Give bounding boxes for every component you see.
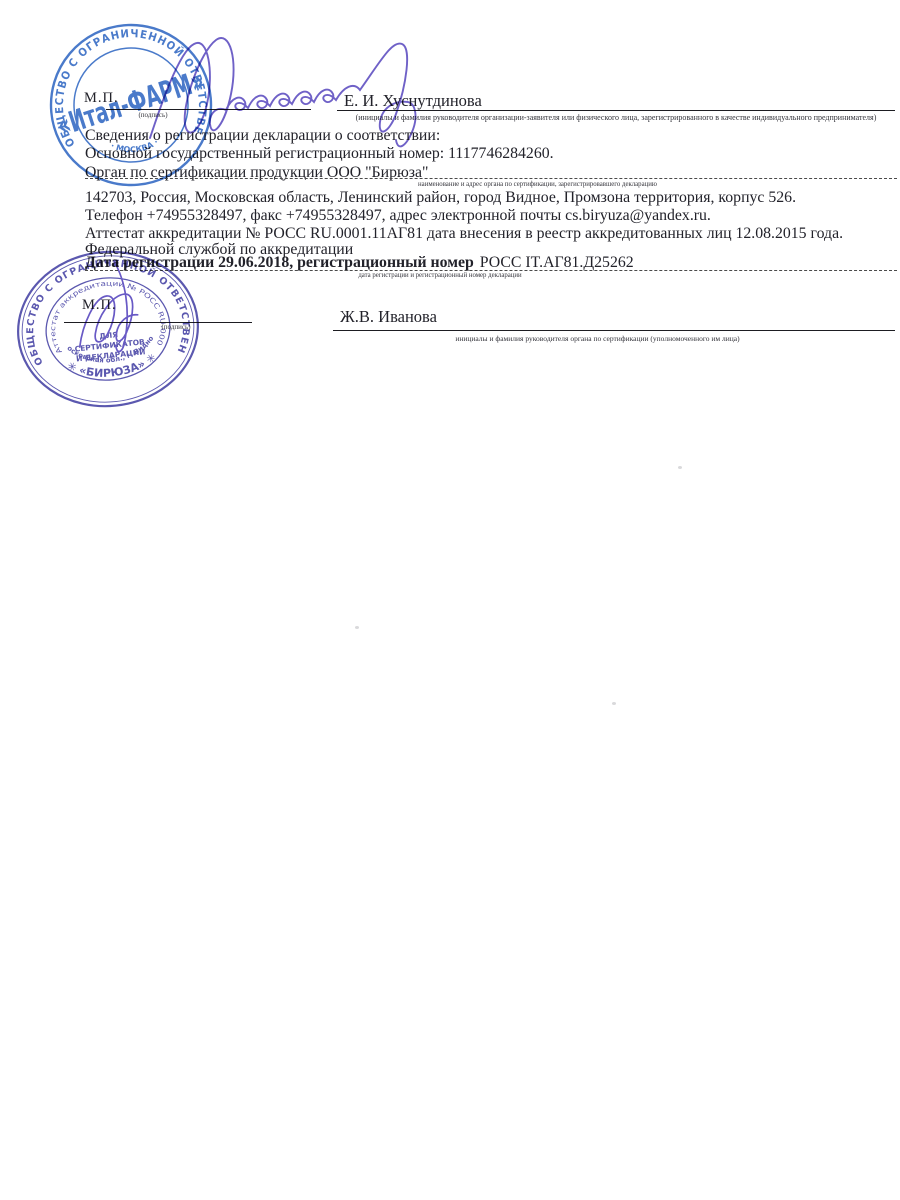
certifier-head-name: Ж.В. Иванова <box>340 307 437 327</box>
scan-speck <box>355 626 359 629</box>
certification-stamp-biryuza-icon: ОБЩЕСТВО С ОГРАНИЧЕННОЙ ОТВЕТСТВЕННОСТЬЮ… <box>0 214 223 445</box>
cert-body-caption: наименование и адрес органа по сертифика… <box>380 181 695 188</box>
scanned-declaration-page: М.П. (подпись) Е. И. Хуснутдинова (иници… <box>0 0 900 1200</box>
registration-date-caption: дата регистрации и регистрационный номер… <box>285 272 595 279</box>
certifier-head-caption: инициалы и фамилия руководителя органа п… <box>445 334 750 343</box>
scan-speck <box>678 466 682 469</box>
applicant-signature-stroke <box>130 22 470 162</box>
registration-number-value: РОСС IT.АГ81.Д25262 <box>480 254 634 271</box>
scan-speck <box>612 702 616 705</box>
name-line-certifier <box>333 330 895 331</box>
